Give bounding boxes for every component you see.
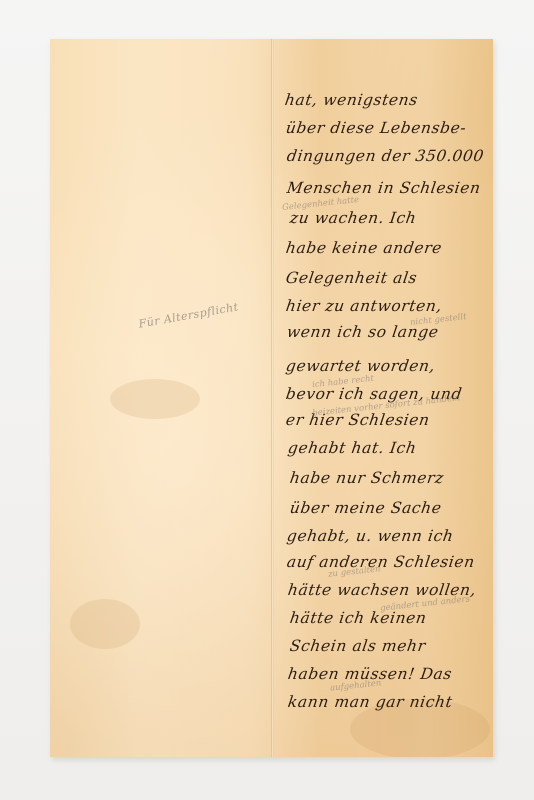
text-line: zu wachen. Ich <box>289 209 418 227</box>
manuscript-page: Für Alterspflicht hat, wenigstens über d… <box>50 39 493 757</box>
text-line: hier zu antworten, <box>285 297 444 315</box>
text-line: gehabt hat. Ich <box>287 439 418 457</box>
text-line: habe keine andere <box>285 239 443 257</box>
text-line: gewartet worden, <box>285 357 437 375</box>
text-line: auf anderen Schlesien <box>286 553 476 571</box>
text-line: dingungen der 350.000 <box>286 147 485 165</box>
text-line: hätte ich keinen <box>289 609 428 627</box>
text-line: Schein als mehr <box>289 637 427 655</box>
text-line: kann man gar nicht <box>287 693 454 711</box>
text-line: Menschen in Schlesien <box>286 179 482 197</box>
text-line: über diese Lebensbe- <box>285 119 468 137</box>
text-line: über meine Sache <box>289 499 443 517</box>
text-line: habe nur Schmerz <box>289 469 445 487</box>
text-line: Gelegenheit als <box>285 269 419 287</box>
text-line: gehabt, u. wenn ich <box>286 527 455 545</box>
text-line: hat, wenigstens <box>284 91 419 109</box>
